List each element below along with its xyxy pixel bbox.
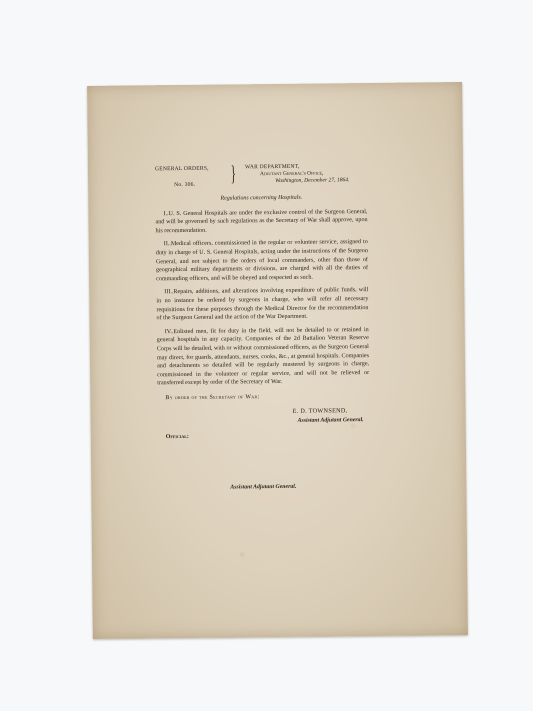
- document-sheet: GENERAL ORDERS, No. 306. } WAR DEPARTMEN…: [87, 82, 468, 639]
- bottom-signature-title: Assistant Adjutant General.: [230, 482, 370, 492]
- general-orders-label: GENERAL ORDERS,: [155, 165, 225, 174]
- place-date: Washington, December 27, 1864.: [275, 177, 385, 185]
- paragraph-2: II..Medical officers, commissioned in th…: [156, 238, 368, 283]
- official-label: Official:: [166, 431, 370, 442]
- by-order-line: By order of the Secretary of War:: [165, 392, 369, 403]
- signer-title: Assistant Adjutant General.: [158, 416, 370, 427]
- orders-block: GENERAL ORDERS, No. 306.: [155, 165, 225, 190]
- department-block: WAR DEPARTMENT, Adjutant General's Offic…: [245, 163, 385, 185]
- paragraph-3: III..Repairs, additions, and alterations…: [156, 286, 368, 323]
- order-number: No. 306.: [174, 180, 225, 189]
- document-header: GENERAL ORDERS, No. 306. } WAR DEPARTMEN…: [155, 163, 367, 191]
- paragraph-1: I..U. S. General Hospitals are under the…: [155, 208, 367, 236]
- document-title: Regulations concerning Hospitals.: [155, 193, 367, 204]
- document-content: GENERAL ORDERS, No. 306. } WAR DEPARTMEN…: [155, 163, 370, 493]
- paragraph-4: IV..Enlisted men, fit for duty in the fi…: [157, 326, 370, 388]
- brace-icon: }: [231, 162, 237, 184]
